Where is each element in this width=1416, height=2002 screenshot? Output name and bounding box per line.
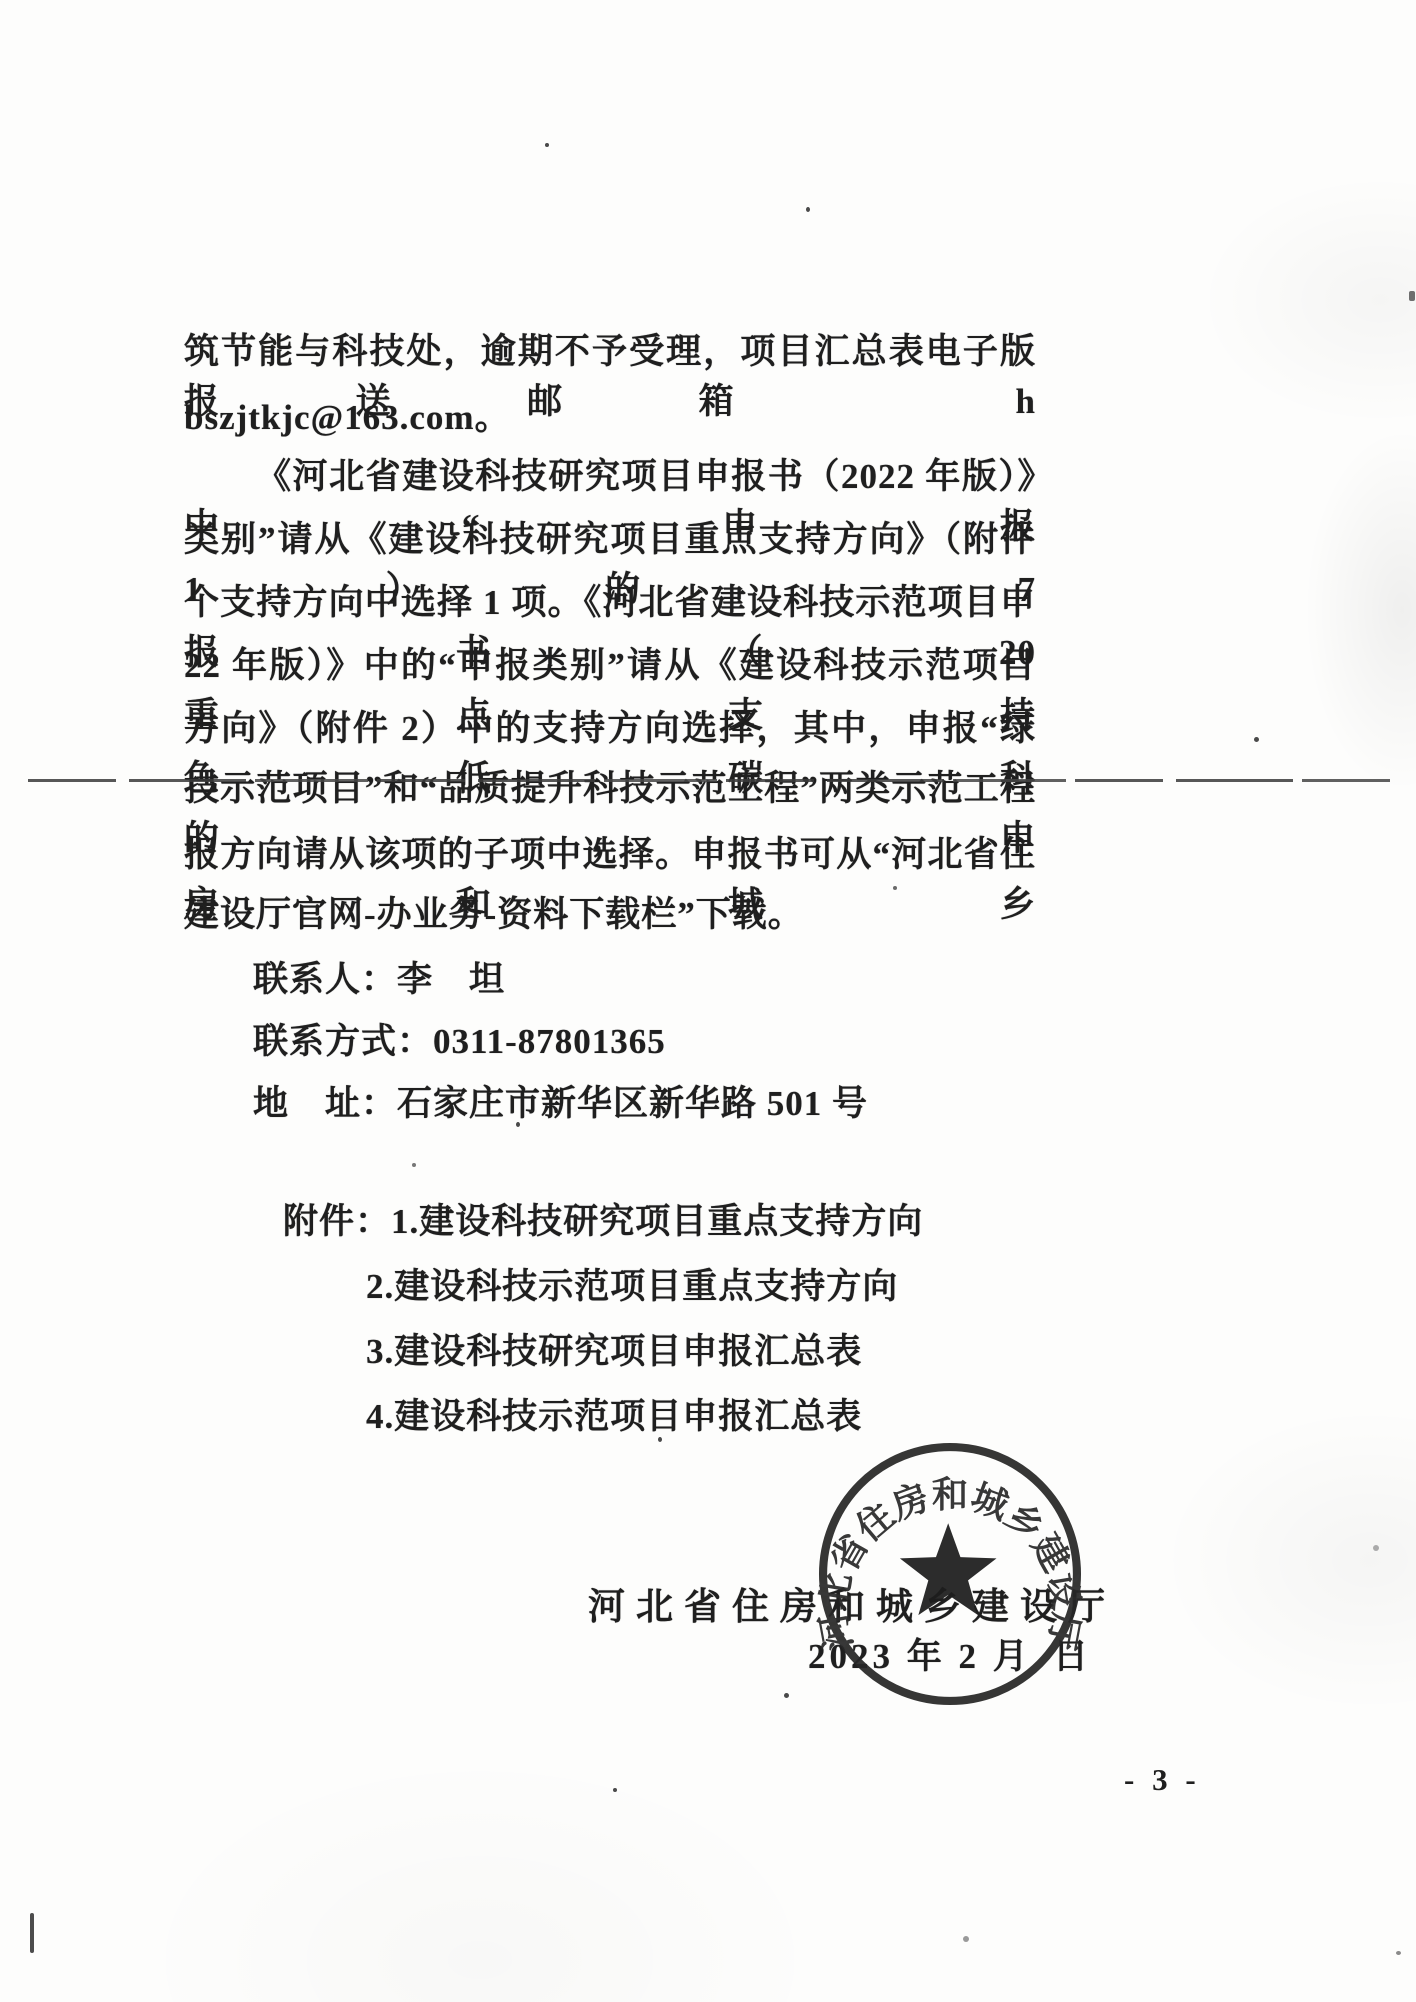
attachments-row-1: 附件：1.建设科技研究项目重点支持方向 [283,1194,923,1244]
noise-speck [658,1437,662,1442]
noise-speck [1409,291,1415,301]
official-seal: 河北省住房和城乡建设厅 [808,1438,1092,1710]
attachment-item-2: 2.建设科技示范项目重点支持方向 [366,1259,898,1309]
body-line-10: 建设厅官网-办业务-资料下载栏”下载。 [184,887,804,937]
attachment-item-3: 3.建设科技研究项目申报汇总表 [366,1324,862,1374]
noise-speck [1254,737,1259,742]
noise-speck [1373,1545,1379,1551]
scanned-document-page: 筑节能与科技处，逾期不予受理，项目汇总表电子版报送邮箱 h bszjtkjc@1… [0,0,1416,2002]
noise-speck [893,886,897,890]
scan-edge-mark [30,1913,34,1953]
noise-speck [516,1122,520,1127]
attachment-item-1: 1.建设科技研究项目重点支持方向 [391,1202,923,1241]
noise-speck [545,143,549,147]
page-number: - 3 - [1124,1762,1201,1798]
noise-speck [963,1936,969,1942]
attachments-label: 附件： [283,1202,391,1241]
noise-speck [412,1163,416,1167]
noise-speck [1396,1951,1401,1955]
attachment-item-4: 4.建设科技示范项目申报汇总表 [366,1389,862,1439]
noise-speck [613,1788,617,1792]
noise-speck [784,1693,789,1698]
contact-address-line: 地 址：石家庄市新华区新华路 501 号 [253,1076,868,1126]
scan-fold-line [28,779,1390,782]
contact-phone-line: 联系方式：0311-87801365 [253,1014,666,1064]
email-line: bszjtkjc@163.com。 [184,390,511,440]
star-icon [900,1523,997,1615]
noise-speck [806,207,810,212]
contact-person-line: 联系人：李 坦 [253,952,505,1002]
